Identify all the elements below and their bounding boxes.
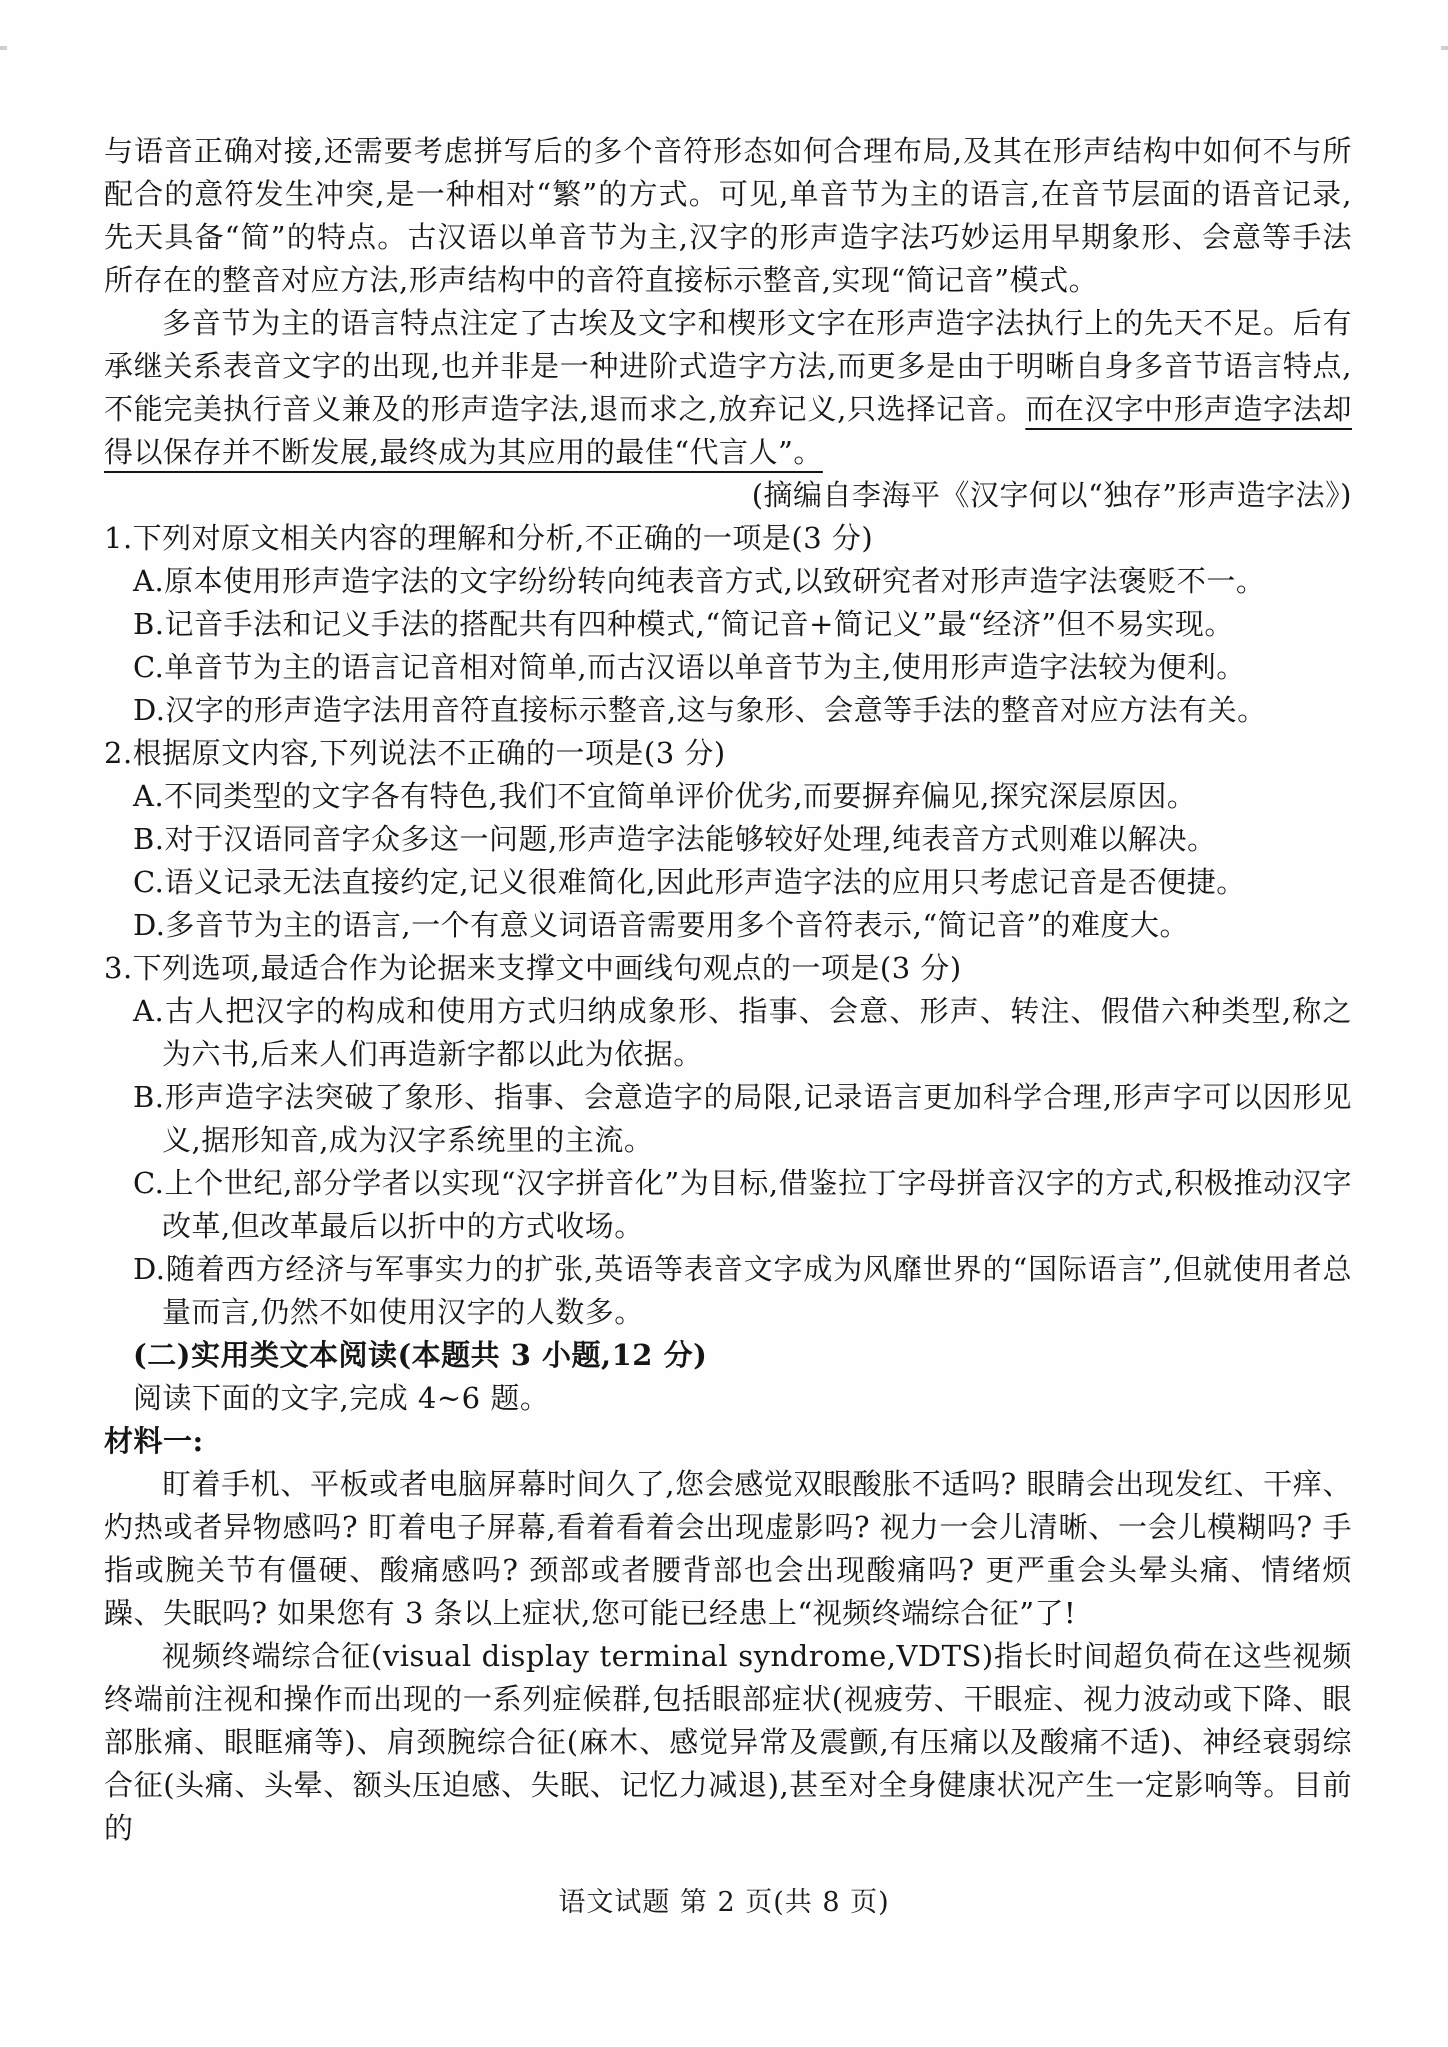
question-2-stem: 2.根据原文内容,下列说法不正确的一项是(3 分): [104, 732, 1352, 775]
question-3-option-a: A.古人把汉字的构成和使用方式归纳成象形、指事、会意、形声、转注、假借六种类型,…: [104, 990, 1352, 1076]
question-2-option-d: D.多音节为主的语言,一个有意义词语音需要用多个音符表示,“简记音”的难度大。: [104, 904, 1352, 947]
material-1-paragraph-1: 盯着手机、平板或者电脑屏幕时间久了,您会感觉双眼酸胀不适吗? 眼睛会出现发红、干…: [104, 1463, 1352, 1635]
scan-artifact-left: [0, 46, 7, 50]
footer-page-number: 语文试题 第 2 页(共 8 页): [558, 1887, 889, 1918]
question-3: 3.下列选项,最适合作为论据来支撑文中画线句观点的一项是(3 分) A.古人把汉…: [104, 947, 1352, 1334]
question-2-option-b: B.对于汉语同音字众多这一问题,形声造字法能够较好处理,纯表音方式则难以解决。: [104, 818, 1352, 861]
question-3-option-d: D.随着西方经济与军事实力的扩张,英语等表音文字成为风靡世界的“国际语言”,但就…: [104, 1248, 1352, 1334]
question-1-stem: 1.下列对原文相关内容的理解和分析,不正确的一项是(3 分): [104, 517, 1352, 560]
question-2: 2.根据原文内容,下列说法不正确的一项是(3 分) A.不同类型的文字各有特色,…: [104, 732, 1352, 947]
question-1: 1.下列对原文相关内容的理解和分析,不正确的一项是(3 分) A.原本使用形声造…: [104, 517, 1352, 732]
section-2-instruction: 阅读下面的文字,完成 4~6 题。: [104, 1377, 1352, 1420]
scan-artifact-right: [1441, 46, 1448, 50]
question-1-option-d: D.汉字的形声造字法用音符直接标示整音,这与象形、会意等手法的整音对应方法有关。: [104, 689, 1352, 732]
question-2-option-c: C.语义记录无法直接约定,记义很难简化,因此形声造字法的应用只考虑记音是否便捷。: [104, 861, 1352, 904]
section-2-heading: (二)实用类文本阅读(本题共 3 小题,12 分): [104, 1334, 1352, 1377]
question-1-option-a: A.原本使用形声造字法的文字纷纷转向纯表音方式,以致研究者对形声造字法褒贬不一。: [104, 560, 1352, 603]
page-content: 与语音正确对接,还需要考虑拼写后的多个音符形态如何合理布局,及其在形声结构中如何…: [104, 130, 1352, 1850]
question-3-option-b: B.形声造字法突破了象形、指事、会意造字的局限,记录语言更加科学合理,形声字可以…: [104, 1076, 1352, 1162]
material-1-label: 材料一:: [104, 1420, 1352, 1463]
material-1-paragraph-2: 视频终端综合征(visual display terminal syndrome…: [104, 1635, 1352, 1850]
page-footer: 语文试题 第 2 页(共 8 页): [0, 1880, 1448, 1919]
source-attribution: (摘编自李海平《汉字何以“独存”形声造字法》): [104, 474, 1352, 517]
question-1-option-c: C.单音节为主的语言记音相对简单,而古汉语以单音节为主,使用形声造字法较为便利。: [104, 646, 1352, 689]
section-2-reading: (二)实用类文本阅读(本题共 3 小题,12 分) 阅读下面的文字,完成 4~6…: [104, 1334, 1352, 1850]
question-3-option-c: C.上个世纪,部分学者以实现“汉字拼音化”为目标,借鉴拉丁字母拼音汉字的方式,积…: [104, 1162, 1352, 1248]
scanned-exam-page: 与语音正确对接,还需要考虑拼写后的多个音符形态如何合理布局,及其在形声结构中如何…: [0, 0, 1448, 2047]
question-3-stem: 3.下列选项,最适合作为论据来支撑文中画线句观点的一项是(3 分): [104, 947, 1352, 990]
question-1-option-b: B.记音手法和记义手法的搭配共有四种模式,“简记音+简记义”最“经济”但不易实现…: [104, 603, 1352, 646]
body-paragraph-2: 多音节为主的语言特点注定了古埃及文字和楔形文字在形声造字法执行上的先天不足。后有…: [104, 302, 1352, 474]
body-paragraph-1: 与语音正确对接,还需要考虑拼写后的多个音符形态如何合理布局,及其在形声结构中如何…: [104, 130, 1352, 302]
question-2-option-a: A.不同类型的文字各有特色,我们不宜简单评价优劣,而要摒弃偏见,探究深层原因。: [104, 775, 1352, 818]
